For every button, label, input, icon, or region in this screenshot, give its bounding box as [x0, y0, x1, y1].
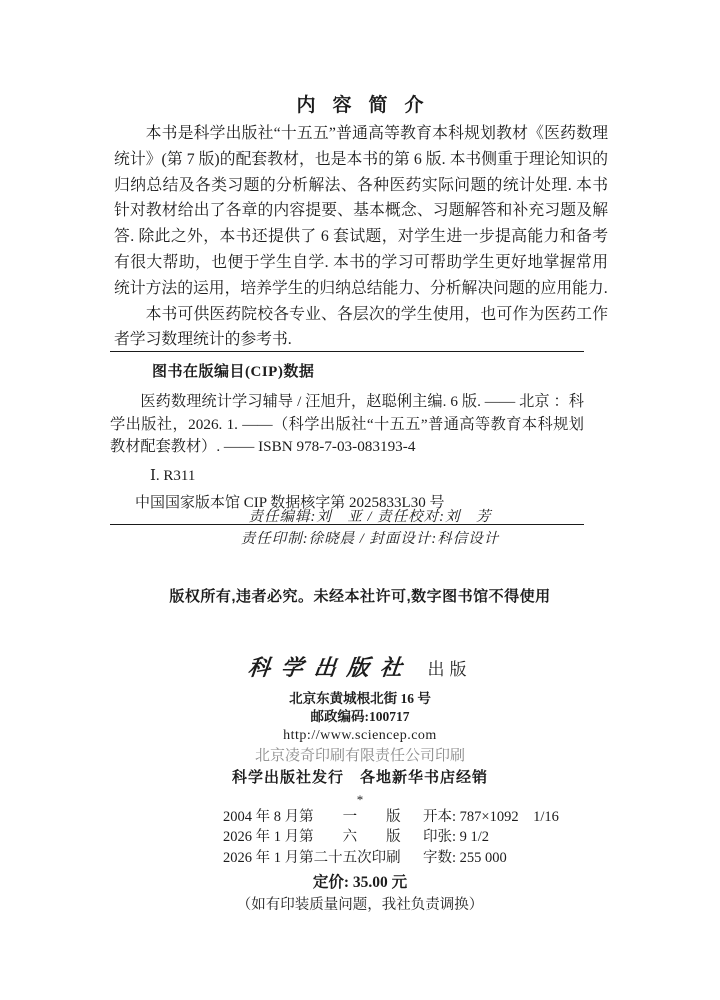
price: 定价: 35.00 元 — [0, 870, 720, 892]
content-summary: 本书是科学出版社“十五五”普通高等教育本科规划教材《医药数理统计》(第 7 版)… — [114, 121, 608, 353]
edition-row-current: 2026 年 1 月第 六 版 印张: 9 1/2 — [223, 827, 573, 847]
edition-format: 开本: 787×1092 1/16 — [423, 807, 573, 827]
edition-details: 2004 年 8 月第 一 版 开本: 787×1092 1/16 2026 年… — [223, 807, 573, 868]
summary-paragraph-1: 本书是科学出版社“十五五”普通高等教育本科规划教材《医药数理统计》(第 7 版)… — [114, 121, 608, 302]
cip-heading: 图书在版编目(CIP)数据 — [152, 360, 584, 381]
cip-entry: 医药数理统计学习辅导 / 汪旭升，赵聪俐主编. 6 版. —— 北京 ：科学出版… — [110, 391, 584, 459]
publisher-website: http://www.sciencep.com — [0, 726, 720, 745]
staff-credits: 责任编辑:刘 亚 / 责任校对:刘 芳 责任印制:徐晓晨 / 封面设计:科信设计 — [20, 506, 720, 550]
printing-info: 2026 年 1 月第二十五次印刷 — [223, 848, 423, 868]
credits-production: 责任印制:徐晓晨 / 封面设计:科信设计 — [20, 528, 720, 550]
distribution-line: 科学出版社发行 各地新华书店经销 — [0, 767, 720, 789]
cip-data-block: 图书在版编目(CIP)数据 医药数理统计学习辅导 / 汪旭升，赵聪俐主编. 6 … — [110, 351, 584, 525]
quality-exchange-note: （如有印装质量问题，我社负责调换） — [0, 893, 720, 914]
publisher-logo-line: 科学出版社出版 — [0, 652, 720, 684]
word-count: 字数: 255 000 — [423, 848, 573, 868]
publisher-address: 北京东黄城根北街 16 号 — [0, 689, 720, 708]
edition-row-first: 2004 年 8 月第 一 版 开本: 787×1092 1/16 — [223, 807, 573, 827]
copyright-notice: 版权所有,违者必究。未经本社许可,数字图书馆不得使用 — [0, 585, 720, 606]
edition-sheets: 印张: 9 1/2 — [423, 827, 573, 847]
science-press-logo: 科学出版社 — [247, 652, 415, 684]
edition-date: 2026 年 1 月第 六 版 — [223, 827, 423, 847]
summary-paragraph-2: 本书可供医药院校各专业、各层次的学生使用，也可作为医药工作者学习数理统计的参考书… — [114, 302, 608, 354]
edition-row-printing: 2026 年 1 月第二十五次印刷 字数: 255 000 — [223, 848, 573, 868]
page-title: 内容简介 — [0, 90, 720, 117]
credits-editors: 责任编辑:刘 亚 / 责任校对:刘 芳 — [20, 506, 720, 528]
publisher-postcode: 邮政编码:100717 — [0, 708, 720, 726]
publish-label: 出版 — [428, 660, 472, 679]
book-copyright-page: 内容简介 本书是科学出版社“十五五”普通高等教育本科规划教材《医药数理统计》(第… — [0, 0, 720, 1000]
printer-name: 北京凌奇印刷有限责任公司印刷 — [0, 746, 720, 767]
edition-date: 2004 年 8 月第 一 版 — [223, 807, 423, 827]
separator-asterisk: * — [0, 792, 720, 808]
publisher-colophon: 科学出版社出版 北京东黄城根北街 16 号 邮政编码:100717 http:/… — [0, 652, 720, 808]
cip-class-code: Ⅰ. R311 — [150, 466, 584, 485]
